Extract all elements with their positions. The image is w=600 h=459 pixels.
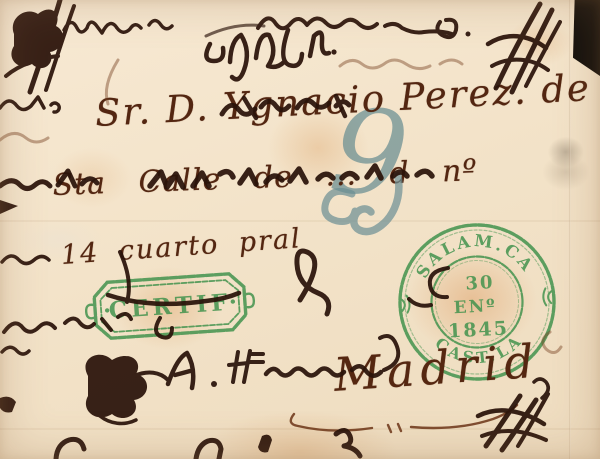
crossout-top-right — [488, 4, 560, 92]
rate-numeral-flourish — [325, 176, 399, 232]
rubric-signature — [168, 336, 398, 388]
madrid-underline-flourish — [291, 405, 517, 432]
docketing-marks-center — [206, 25, 337, 79]
ink-marks-layer — [0, 0, 600, 459]
crossout-bottom-right — [478, 379, 548, 450]
dark-ink-marks — [0, 0, 560, 459]
ink-blob-bottom-left — [85, 355, 147, 418]
stroke-over-datestamp — [409, 268, 448, 306]
bleedthrough-script-marks — [0, 60, 561, 353]
strokes-over-certif — [108, 251, 329, 314]
letter-cover-scan: CERTIF SALAM.CA CAST.LA 30 ENº 1845 — [0, 0, 600, 459]
bottom-edge-marks — [56, 430, 360, 459]
